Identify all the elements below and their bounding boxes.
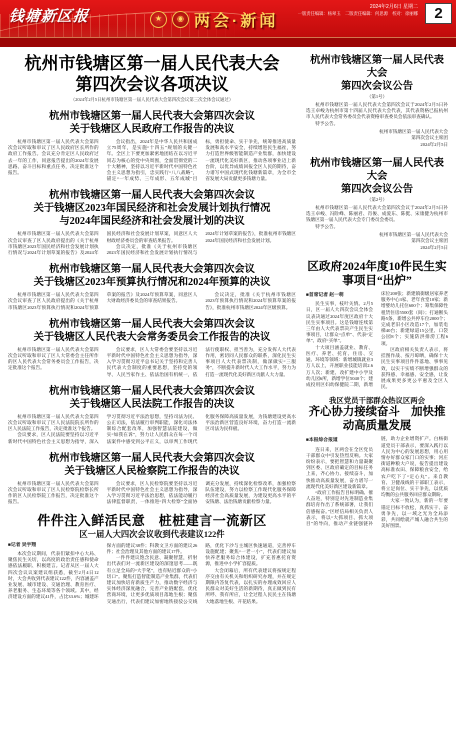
article-headline: 杭州市钱塘区第一届人民代表大会第四次会议 xyxy=(8,385,296,398)
article-body: 杭州市钱塘区第一届人民代表大会第四次会议听取和审议了区人民检察院检察长所作的区人… xyxy=(8,481,296,506)
issue-meta: 2024年2月6日 星期二 一版责任编辑：杨翠玉 二版责任编辑：何思源 校对：徐… xyxy=(298,4,418,17)
right-column: 杭州市钱塘区第一届人民代表大会 第四次会议公告 （第1号） 杭州市钱塘区第一届人… xyxy=(306,54,448,730)
article-paragraph: 区政府相关负责人表示，将挂图作战、按月晾晒，确保十大民生实事项目件件落地、事事见… xyxy=(381,347,448,390)
reporter-byline: ■记者 吴宇翔 xyxy=(8,543,99,549)
resolution-article-1: 杭州市钱塘区第一届人民代表大会第四次会议 关于钱塘区人民政府工作报告的决议 杭州… xyxy=(8,110,296,182)
reporter-byline: ■首席记者 赵一萌 xyxy=(306,293,373,299)
announcement-signature: 杭州市钱塘区第一届人民代表大会 第四次会议主席团 2024年2月5日 xyxy=(306,232,448,251)
article-body: 杭州市钱塘区第一届人民代表大会第四次会议听取和审议了区人大常委会主任所作的区人民… xyxy=(8,347,296,378)
feature-headline: 件件注入鲜活民意 桩桩建言一流新区 xyxy=(8,513,296,528)
feature-subtitle: 区一届人大四次会议收到代表建议122件 xyxy=(8,530,296,540)
article-paragraph: 杭州市钱塘区第一届人民代表大会第四次会议听取和审议了区人大常委会主任所作的区人民… xyxy=(8,347,99,372)
article-paragraph: 会议指出，2024年是中华人民共和国成立75周年，是实施“十四五”规划的关键一年… xyxy=(107,139,296,182)
article-headline: 与2024年国民经济和社会发展计划的决议 xyxy=(8,215,296,228)
announcement-signature: 杭州市钱塘区第一届人民代表大会 第四次会议主席团 2024年2月5日 xyxy=(306,129,448,148)
feature-article-suggestions: 件件注入鲜活民意 桩桩建言一流新区 区一届人大四次会议收到代表建议122件 ■记… xyxy=(8,513,296,605)
resolution-article-6: 杭州市钱塘区第一届人民代表大会第四次会议 关于钱塘区人民检察院工作报告的决议 杭… xyxy=(8,452,296,506)
article-paragraph: 会议决定，批准《关于杭州市钱塘区2023年预算执行情况和2024年预算草案的报告… xyxy=(205,292,296,311)
resolution-article-4: 杭州市钱塘区第一届人民代表大会第四次会议 关于钱塘区人民代表大会常务委员会工作报… xyxy=(8,318,296,378)
page-number: 2 xyxy=(425,3,452,24)
article-headline: 杭州市钱塘区第一届人民代表大会第四次会议 xyxy=(8,189,296,202)
issue-date: 2024年2月6日 星期二 xyxy=(298,4,418,11)
main-headline-line2: 第四次会议各项决议 xyxy=(76,75,229,94)
article-headline: 关于钱塘区人民检察院工作报告的决议 xyxy=(8,465,296,478)
article-paragraph: 杭州市钱塘区第一届人民代表大会第四次会议听取和审议了区人民政府区长所作的政府工作… xyxy=(8,139,99,176)
announcement-paragraph: 杭州市钱塘区第一届人民代表大会第四次会议于2024年2月5日补选王卓峻为杭州市第… xyxy=(306,102,448,121)
article-headline: 关于钱塘区人民代表大会常务委员会工作报告的决议 xyxy=(8,331,296,344)
banner-bottom-strip xyxy=(0,37,456,47)
resolution-article-3: 杭州市钱塘区第一届人民代表大会第四次会议 关于钱塘区2023年预算执行情况和20… xyxy=(8,263,296,311)
cppcc-emblem-glyph: ◉ xyxy=(177,15,184,23)
announcement-headline: 第四次会议公告 xyxy=(306,183,448,196)
article-paragraph: 杭州市钱塘区第一届人民代表大会第四次会议听取和审议了区人民检察院检察长所作的区人… xyxy=(8,481,99,506)
article-body: ■本报综合报道 连日来，区两会在全区党员干部群众中引发热烈反响。大家纷纷表示，要… xyxy=(306,436,448,529)
feature-headline: 区政府2024年度10件民生实事项目“出炉” xyxy=(306,260,448,288)
article-paragraph: 大家一致认为，新的一年要锚定目标不放松，真抓实干、奋勇争先，以一域之光为全局添彩… xyxy=(381,498,448,529)
announcement-2: 杭州市钱塘区第一届人民代表大会 第四次会议公告 （第2号） 杭州市钱塘区第一届人… xyxy=(306,157,448,251)
article-body: 杭州市钱塘区第一届人民代表大会第四次会议听取和审议了区人民法院院长所作的区人民法… xyxy=(8,414,296,445)
article-paragraph: 连日来，区两会在全区党员干部群众中引发热烈反响。大家纷纷表示，要把智慧和力量凝聚… xyxy=(306,447,373,490)
announcement-body: 杭州市钱塘区第一届人民代表大会第四次会议于2024年2月5日补选王卓峻为杭州市第… xyxy=(306,102,448,127)
article-headline: 关于钱塘区2023年国民经济和社会发展计划执行情况 xyxy=(8,202,296,215)
article-body: ■记者 吴宇翔 本次会议期间，代表们紧扣中心大局、聚焦民生关切，以高度的政治责任… xyxy=(8,543,296,605)
article-headline: 关于钱塘区人民政府工作报告的决议 xyxy=(8,123,296,136)
announcement-paragraph: 特予公告。 xyxy=(306,224,448,230)
article-headline: 杭州市钱塘区第一届人民代表大会第四次会议 xyxy=(8,452,296,465)
announcement-headline: 杭州市钱塘区第一届人民代表大会 xyxy=(306,157,448,183)
article-headline: 杭州市钱塘区第一届人民代表大会第四次会议 xyxy=(8,318,296,331)
main-headline-line1: 杭州市钱塘区第一届人民代表大会 xyxy=(25,54,280,73)
article-headline: 杭州市钱塘区第一届人民代表大会第四次会议 xyxy=(8,110,296,123)
article-paragraph: 杭州市钱塘区第一届人民代表大会第四次会议听取和审议了区人民法院院长所作的区人民法… xyxy=(8,414,99,433)
signature-date: 2024年2月5日 xyxy=(306,245,448,251)
article-headline: 关于钱塘区2023年预算执行情况和2024年预算的决议 xyxy=(8,276,296,289)
announcement-headline: 第四次会议公告 xyxy=(306,80,448,93)
reporter-byline: ■本报综合报道 xyxy=(306,438,373,444)
article-body: 杭州市钱塘区第一届人民代表大会第四次会议听取和审议了区人民政府区长所作的政府工作… xyxy=(8,139,296,182)
masthead-banner: 钱塘新区报 ★ ◉ 两会·新闻 2024年2月6日 星期二 一版责任编辑：杨翠玉… xyxy=(0,0,456,47)
article-body: 杭州市钱塘区第一届人民代表大会第四次会议审查了区人民政府提出的《关于杭州市钱塘区… xyxy=(8,292,296,311)
main-headline: 杭州市钱塘区第一届人民代表大会 第四次会议各项决议 xyxy=(8,54,296,95)
announcement-1: 杭州市钱塘区第一届人民代表大会 第四次会议公告 （第1号） 杭州市钱塘区第一届人… xyxy=(306,54,448,148)
announcement-paragraph: 特予公告。 xyxy=(306,121,448,127)
article-headline: 关于钱塘区人民法院工作报告的决议 xyxy=(8,398,296,411)
announcement-body: 杭州市钱塘区第一届人民代表大会第四次会议于2024年2月5日补选王卓峻、冯险峰、… xyxy=(306,205,448,230)
announcement-number: （第1号） xyxy=(306,94,448,100)
newspaper-page: { "header": { "masthead": "钱塘新区报", "sect… xyxy=(0,0,456,732)
feature-kicker: 我区党员干部群众热议区两会 xyxy=(306,396,448,405)
national-emblem-icon: ★ xyxy=(150,11,167,28)
article-paragraph: 民生实事，枝叶关情。2月5日，区一届人大四次会议全体会议表决通过2024年度区政… xyxy=(306,301,373,344)
article-headline: 杭州市钱塘区第一届人民代表大会第四次会议 xyxy=(8,263,296,276)
main-headline-note: （2024年2月5日杭州市钱塘区第一届人民代表大会第四次会议第三次全体会议通过） xyxy=(8,97,296,103)
article-paragraph: 杭州市钱塘区第一届人民代表大会第四次会议审查了区人民政府提出的《关于杭州市钱塘区… xyxy=(8,292,197,311)
resolution-article-2: 杭州市钱塘区第一届人民代表大会第四次会议 关于钱塘区2023年国民经济和社会发展… xyxy=(8,189,296,256)
announcement-headline: 杭州市钱塘区第一届人民代表大会 xyxy=(306,54,448,80)
article-body: ■首席记者 赵一萌 民生实事，枝叶关情。2月5日，区一届人大四次会议全体会议表决… xyxy=(306,291,448,390)
newspaper-logo: 钱塘新区报 xyxy=(8,5,90,26)
article-body: 杭州市钱塘区第一届人民代表大会第四次会议审查了区人民政府提出的《关于杭州市钱塘区… xyxy=(8,231,296,256)
article-paragraph: 会议要求，区人民检察院要坚持以习近平新时代中国特色社会主义思想为指导，深入学习贯… xyxy=(107,481,296,506)
announcement-number: （第2号） xyxy=(306,197,448,203)
cppcc-emblem-icon: ◉ xyxy=(172,11,189,28)
article-paragraph: 会议要求，区人大常委会要坚持以习近平新时代中国特色社会主义思想为指导，深入学习贯… xyxy=(107,347,296,378)
page-content: 杭州市钱塘区第一届人民代表大会 第四次会议各项决议 （2024年2月5日杭州市钱… xyxy=(8,54,448,730)
article-paragraph: 大会闭幕后，所有代表建议将按规定程序交由有关机关和组织研究办理，并在规定期限内答… xyxy=(205,568,296,605)
feature-article-livelihood: 区政府2024年度10件民生实事项目“出炉” ■首席记者 赵一萌 民生实事，枝叶… xyxy=(306,260,448,390)
left-column: 杭州市钱塘区第一届人民代表大会 第四次会议各项决议 （2024年2月5日杭州市钱… xyxy=(8,54,296,730)
feature-article-reactions: 我区党员干部群众热议区两会 齐心协力接续奋斗 加快推动高质量发展 ■本报综合报道… xyxy=(306,396,448,529)
section-title: 两会·新闻 xyxy=(194,8,278,31)
resolution-article-5: 杭州市钱塘区第一届人民代表大会第四次会议 关于钱塘区人民法院工作报告的决议 杭州… xyxy=(8,385,296,445)
feature-headline: 齐心协力接续奋斗 加快推动高质量发展 xyxy=(306,405,448,433)
national-emblem-star: ★ xyxy=(155,15,162,23)
signature-date: 2024年2月5日 xyxy=(306,142,448,148)
editors-line: 一版责任编辑：杨翠玉 二版责任编辑：何思源 校对：徐丽娜 xyxy=(298,11,418,17)
announcement-paragraph: 杭州市钱塘区第一届人民代表大会第四次会议于2024年2月5日补选王卓峻、冯险峰、… xyxy=(306,205,448,224)
